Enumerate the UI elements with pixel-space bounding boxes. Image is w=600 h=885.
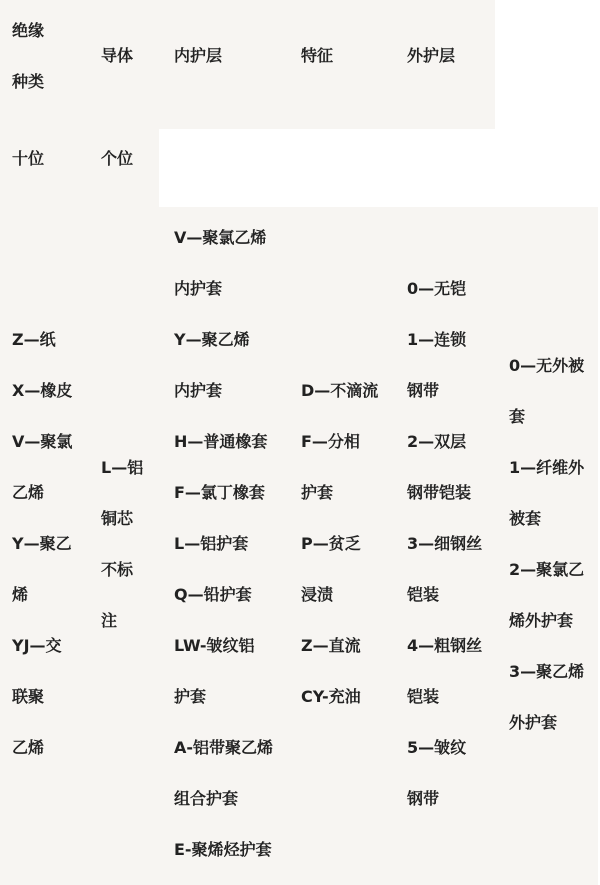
header-units-digit: 个位 [101,133,133,184]
header-conductor: 导体 [101,30,133,81]
header-outer-sheath: 外护层 [407,30,455,81]
header-tens-digit: 十位 [12,133,44,184]
header-feature: 特征 [301,30,333,81]
body-outer-covering: 0—无外被 套 1—纤维外 被套 2—聚氯乙 烯外护套 3—聚乙烯 外护套 [509,340,584,748]
header-insulation-type: 绝缘 种类 [12,5,44,107]
body-insulation-type: Z—纸 X—橡皮 V—聚氯 乙烯 Y—聚乙 烯 YJ—交 联聚 乙烯 [12,314,72,773]
body-inner-sheath: V—聚氯乙烯 内护套 Y—聚乙烯 内护套 H—普通橡套 F—氯丁橡套 L—铝护套… [174,212,273,875]
body-conductor: L—铝 铜芯 不标 注 [101,442,143,646]
header-inner-sheath: 内护层 [174,30,222,81]
body-armor: 0—无铠 1—连锁 钢带 2—双层 钢带铠装 3—细钢丝 铠装 4—粗钢丝 铠装… [407,263,482,824]
body-feature: D—不滴流 F—分相 护套 P—贫乏 浸渍 Z—直流 CY-充油 [301,365,378,722]
